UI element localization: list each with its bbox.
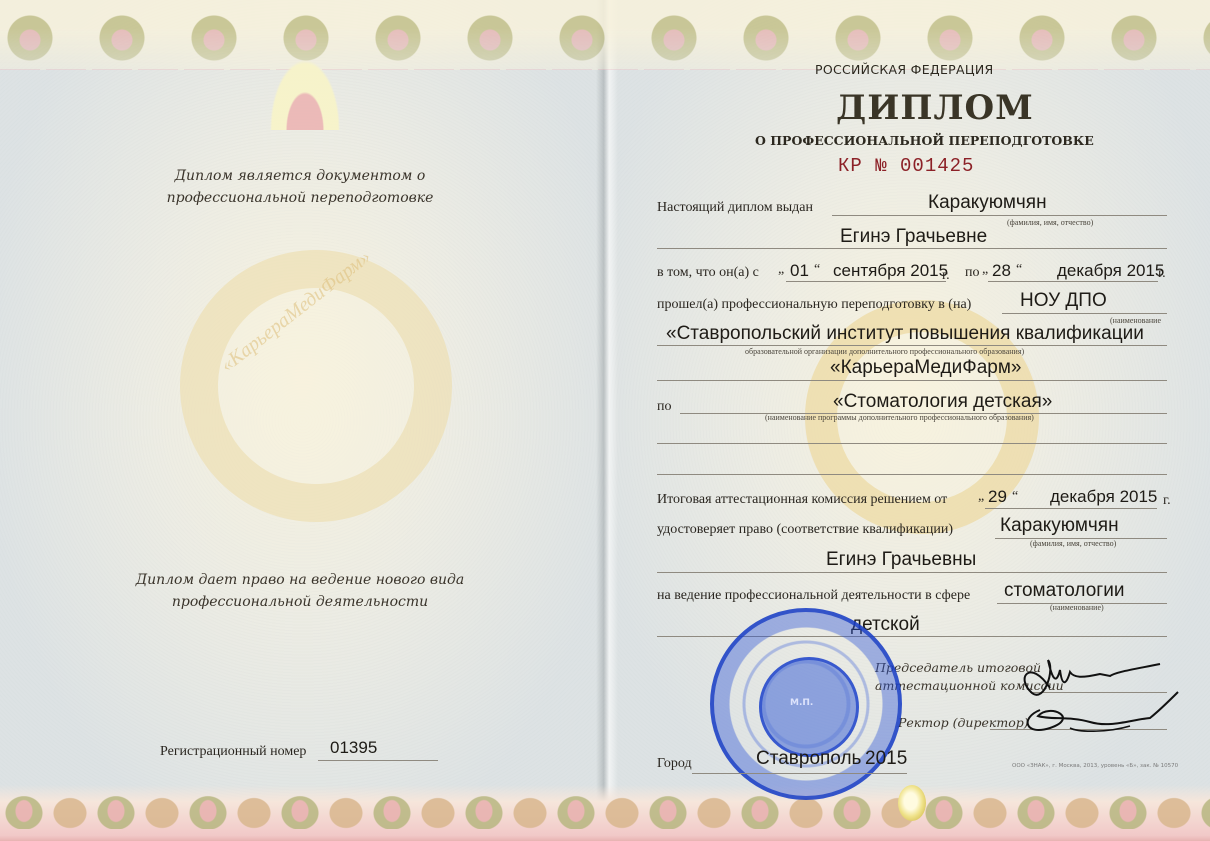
to-close-quote: “ (1016, 262, 1022, 278)
certified-given-names-underline (657, 572, 1167, 573)
to-date-underline (988, 281, 1158, 282)
ornamental-border-top (0, 0, 1210, 70)
field-label: на ведение профессиональной деятельности… (657, 588, 970, 604)
program-name: «Стоматология детская» (833, 391, 1052, 413)
recipient-given-names: Егинэ Грачьевне (840, 226, 987, 248)
field-underline-2 (657, 636, 1167, 637)
institution-name-line-1: «Ставропольский институт повышения квали… (666, 323, 1144, 345)
registration-number: 01395 (330, 738, 377, 758)
program-label: по (657, 399, 672, 415)
statement-bottom-line-2: профессиональной деятельности (120, 594, 480, 610)
from-close-quote: “ (814, 262, 820, 278)
issued-to-caption: (фамилия, имя, отчество) (1007, 218, 1093, 227)
commission-day: 29 (988, 487, 1007, 507)
certified-caption: (фамилия, имя, отчество) (1030, 539, 1116, 548)
certified-given-names: Егинэ Грачьевны (826, 549, 976, 571)
commission-month-year: декабря 2015 (1050, 487, 1157, 507)
certifies-label: удостоверяет право (соответствие квалифи… (657, 522, 953, 538)
issued-to-underline (832, 215, 1167, 216)
city-value: Ставрополь (756, 748, 861, 770)
to-day: 28 (992, 261, 1011, 281)
given-names-underline (657, 248, 1167, 249)
commission-label: Итоговая аттестационная комиссия решение… (657, 492, 947, 508)
to-open-quote: „ (982, 262, 988, 278)
ornamental-border-bottom (0, 785, 1210, 841)
official-seal-stamp: М.П. (710, 608, 902, 800)
to-year-suffix: г. (1158, 266, 1166, 282)
blank-line-1 (657, 443, 1167, 444)
registration-underline (318, 760, 438, 761)
institution-name-line-2: «КарьераМедиФарм» (830, 357, 1021, 379)
institution-caption-2: образовательной организации дополнительн… (745, 347, 1024, 356)
institution-short-underline (1002, 313, 1167, 314)
certified-surname: Каракуюмчян (1000, 515, 1119, 537)
printer-note: ООО «ЗНАК», г. Москва, 2013, уровень «Б»… (1012, 763, 1178, 769)
ornament-fan-decoration (260, 40, 350, 130)
from-day: 01 (790, 261, 809, 281)
commission-open-quote: „ (978, 489, 984, 505)
document-title: ДИПЛОМ (836, 88, 1034, 128)
from-month-year: сентября 2015 (833, 261, 948, 281)
recipient-surname: Каракуюмчян (928, 192, 1047, 214)
institution-name-underline-1 (657, 345, 1167, 346)
city-underline (692, 773, 907, 774)
statement-top-line-2: профессиональной переподготовке (150, 190, 450, 206)
period-prefix: в том, что он(а) с (657, 265, 759, 281)
chair-signature (1010, 648, 1190, 748)
commission-year-suffix: г. (1163, 493, 1171, 509)
book-spine (596, 0, 618, 841)
commission-date-underline (985, 508, 1157, 509)
institution-short-name: НОУ ДПО (1020, 290, 1107, 312)
city-year: 2015 (865, 748, 907, 770)
field-caption: (наименование) (1050, 603, 1104, 612)
seal-mp-label: М.П. (790, 698, 813, 708)
field-value-line-1: стоматологии (1004, 580, 1124, 602)
statement-top-line-1: Диплом является документом о (150, 168, 450, 184)
serial-number: КР № 001425 (838, 155, 974, 177)
institution-name-underline-2 (657, 380, 1167, 381)
commission-close-quote: “ (1012, 489, 1018, 505)
document-subtitle: О ПРОФЕССИОНАЛЬНОЙ ПЕРЕПОДГОТОВКЕ (755, 133, 1094, 148)
from-open-quote: „ (778, 262, 784, 278)
hologram-sticker (898, 785, 926, 821)
registration-label: Регистрационный номер (160, 744, 306, 760)
seal-emblem: М.П. (759, 657, 859, 757)
from-date-underline (786, 281, 946, 282)
city-label: Город (657, 756, 692, 772)
statement-bottom-line-1: Диплом дает право на ведение нового вида (120, 572, 480, 588)
to-month-year: декабря 2015 (1057, 261, 1164, 281)
institution-label: прошел(а) профессиональную переподготовк… (657, 297, 971, 313)
issued-to-label: Настоящий диплом выдан (657, 200, 813, 216)
country-heading: РОССИЙСКАЯ ФЕДЕРАЦИЯ (815, 62, 994, 77)
program-caption: (наименование программы дополнительного … (765, 413, 1034, 422)
blank-line-2 (657, 474, 1167, 475)
to-label: по (965, 265, 980, 281)
